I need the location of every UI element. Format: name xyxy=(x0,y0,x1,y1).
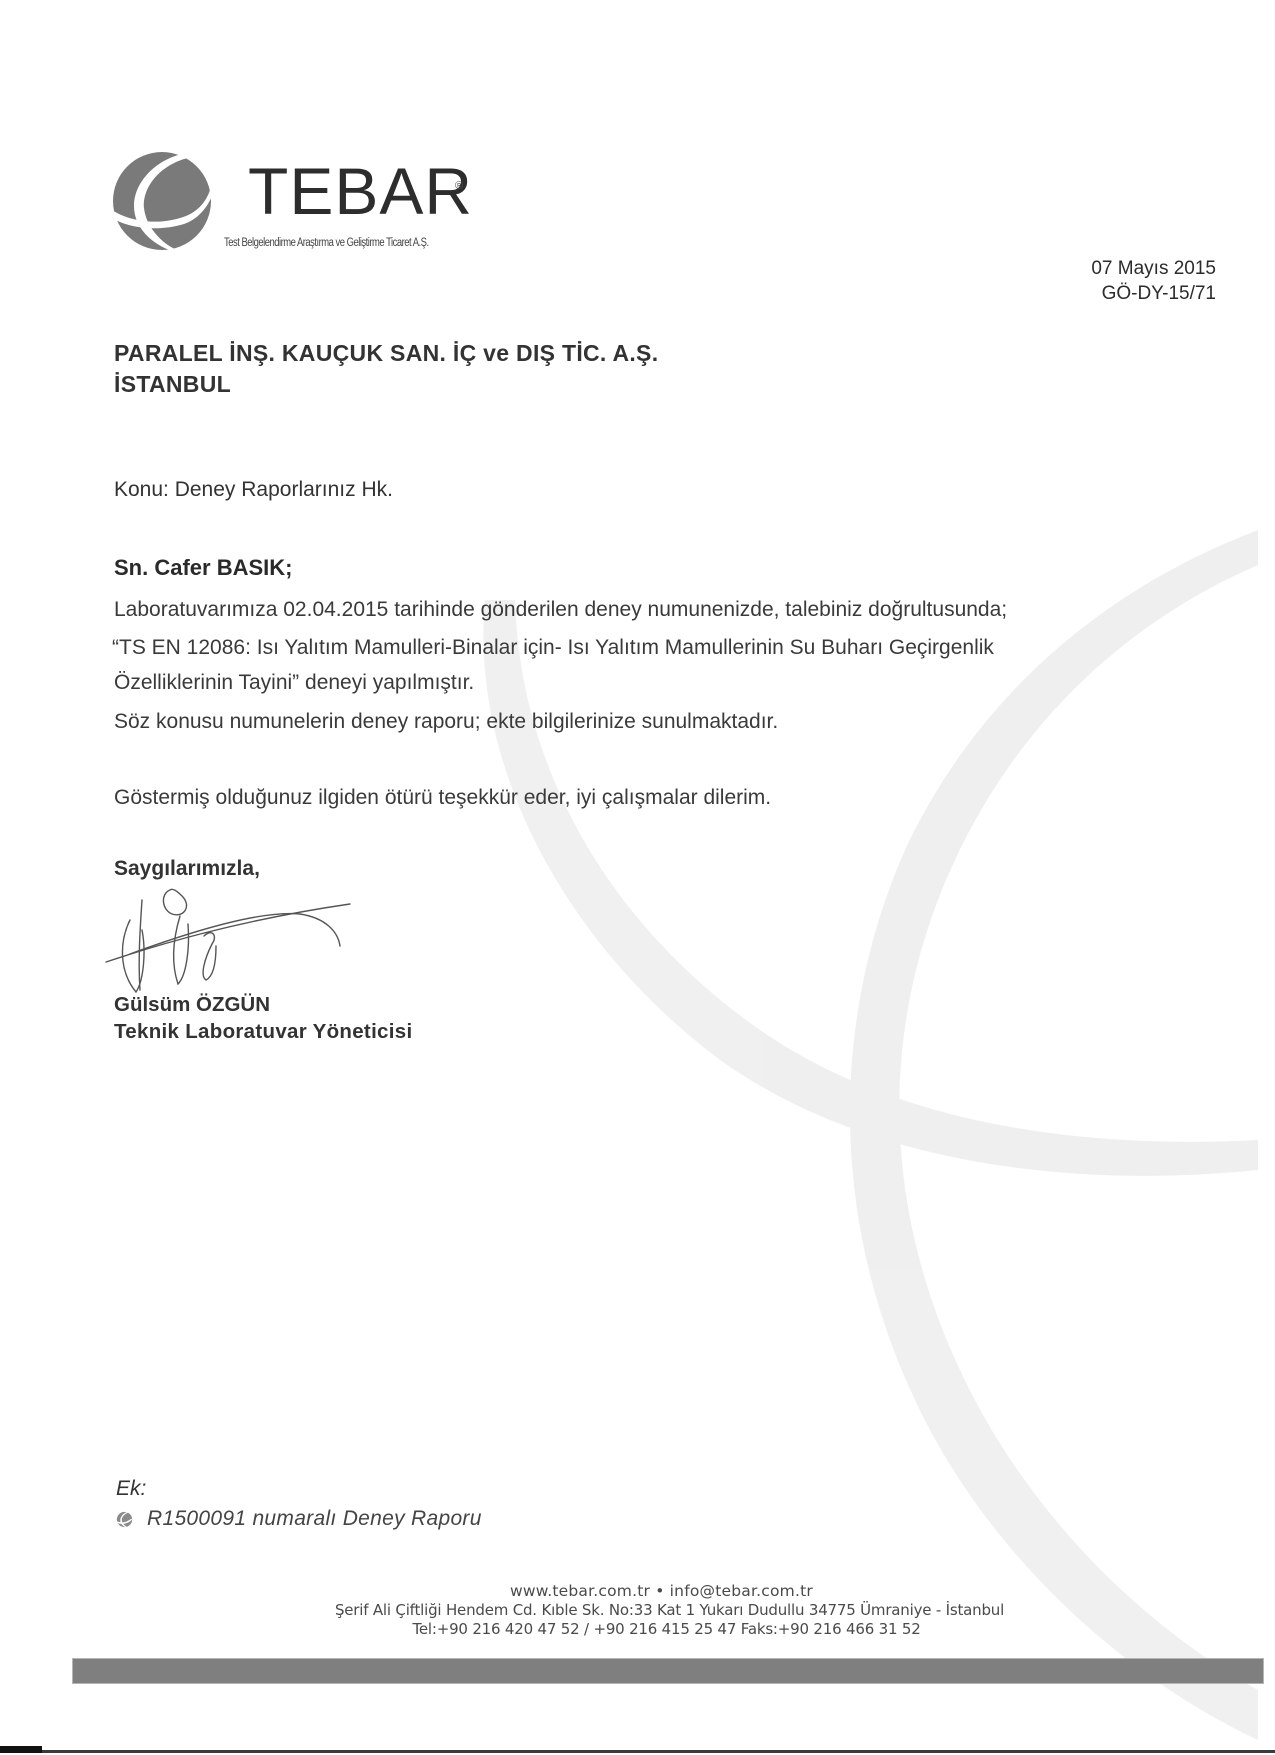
recipient-company: PARALEL İNŞ. KAUÇUK SAN. İÇ ve DIŞ TİC. … xyxy=(114,340,658,367)
body-paragraph-line: Özelliklerinin Tayini” deneyi yapılmıştı… xyxy=(114,671,474,695)
tebar-globe-e-icon xyxy=(110,150,214,252)
closing-line: Saygılarımızla, xyxy=(114,857,260,881)
attachment-item: R1500091 numaralı Deney Raporu xyxy=(116,1507,482,1531)
handwritten-signature-icon xyxy=(100,880,360,1000)
body-paragraph-line: “TS EN 12086: Isı Yalıtım Mamulleri-Bina… xyxy=(112,636,994,660)
scan-edge-mark xyxy=(0,1746,42,1753)
letter-date: 07 Mayıs 2015 xyxy=(1091,258,1216,280)
attachments-label: Ek: xyxy=(116,1477,146,1501)
signer-name: Gülsüm ÖZGÜN xyxy=(114,993,270,1017)
footer-phones: Tel:+90 216 420 47 52 / +90 216 415 25 4… xyxy=(29,1620,1275,1638)
footer-divider-bar xyxy=(73,1659,1263,1683)
brand-tagline: Test Belgelendirme Araştırma ve Geliştir… xyxy=(224,237,429,249)
tebar-bullet-icon xyxy=(116,1511,133,1528)
attachment-text: R1500091 numaralı Deney Raporu xyxy=(147,1507,482,1531)
body-thanks-line: Göstermiş olduğunuz ilgiden ötürü teşekk… xyxy=(114,786,771,810)
body-paragraph-line: Laboratuvarımıza 02.04.2015 tarihinde gö… xyxy=(114,598,1007,622)
signer-title: Teknik Laboratuvar Yöneticisi xyxy=(114,1020,412,1044)
brand-wordmark: TEBAR xyxy=(248,158,473,224)
salutation: Sn. Cafer BASIK; xyxy=(114,555,292,581)
subject-line: Konu: Deney Raporlarınız Hk. xyxy=(114,478,393,502)
registered-mark: ® xyxy=(455,180,463,192)
footer-web-email: www.tebar.com.tr • info@tebar.com.tr xyxy=(24,1582,1275,1600)
footer-address: Şerif Ali Çiftliği Hendem Cd. Kıble Sk. … xyxy=(32,1601,1275,1619)
recipient-city: İSTANBUL xyxy=(114,371,231,398)
reference-code: GÖ-DY-15/71 xyxy=(1102,283,1216,305)
scan-edge xyxy=(0,1750,1275,1753)
body-paragraph-line: Söz konusu numunelerin deney raporu; ekt… xyxy=(114,710,778,734)
